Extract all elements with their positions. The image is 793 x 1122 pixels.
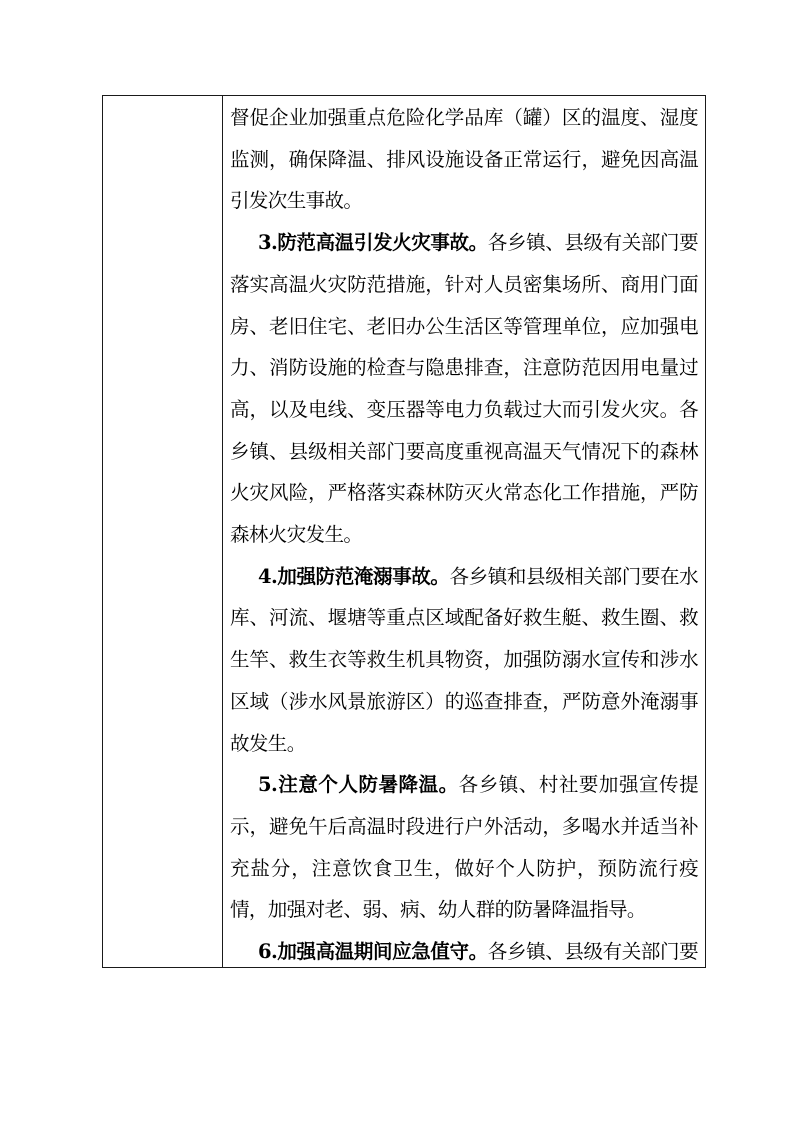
paragraph-text: 各乡镇、县级有关部门要落实高温火灾防范措施，针对人员密集场所、商用门面房、老旧住… — [230, 231, 698, 546]
paragraph-continuation: 督促企业加强重点危险化学品库（罐）区的温度、湿度监测，确保降温、排风设施设备正常… — [230, 97, 698, 222]
table-cell-content: 督促企业加强重点危险化学品库（罐）区的温度、湿度监测，确保降温、排风设施设备正常… — [223, 96, 705, 967]
paragraph-item-6: 6.加强高温期间应急值守。各乡镇、县级有关部门要严格落实 24 小时值班和领导带… — [230, 931, 698, 967]
paragraph-item-3: 3.防范高温引发火灾事故。各乡镇、县级有关部门要落实高温火灾防范措施，针对人员密… — [230, 222, 698, 556]
document-table: 督促企业加强重点危险化学品库（罐）区的温度、湿度监测，确保降温、排风设施设备正常… — [102, 95, 706, 968]
document-page: 督促企业加强重点危险化学品库（罐）区的温度、湿度监测，确保降温、排风设施设备正常… — [0, 0, 793, 1122]
paragraph-lead: 6.加强高温期间应急值守。 — [258, 940, 488, 963]
paragraph-lead: 4.加强防范淹溺事故。 — [258, 565, 450, 588]
paragraph-item-5: 5.注意个人防暑降温。各乡镇、村社要加强宣传提示，避免午后高温时段进行户外活动，… — [230, 764, 698, 931]
paragraph-text: 督促企业加强重点危险化学品库（罐）区的温度、湿度监测，确保降温、排风设施设备正常… — [230, 106, 698, 212]
paragraph-item-4: 4.加强防范淹溺事故。各乡镇和县级相关部门要在水库、河流、堰塘等重点区域配备好救… — [230, 556, 698, 765]
paragraph-lead: 3.防范高温引发火灾事故。 — [258, 231, 488, 254]
paragraph-lead: 5.注意个人防暑降温。 — [258, 773, 459, 796]
paragraph-text: 各乡镇和县级相关部门要在水库、河流、堰塘等重点区域配备好救生艇、救生圈、救生竿、… — [230, 565, 698, 755]
table-cell-label-column — [103, 96, 223, 967]
